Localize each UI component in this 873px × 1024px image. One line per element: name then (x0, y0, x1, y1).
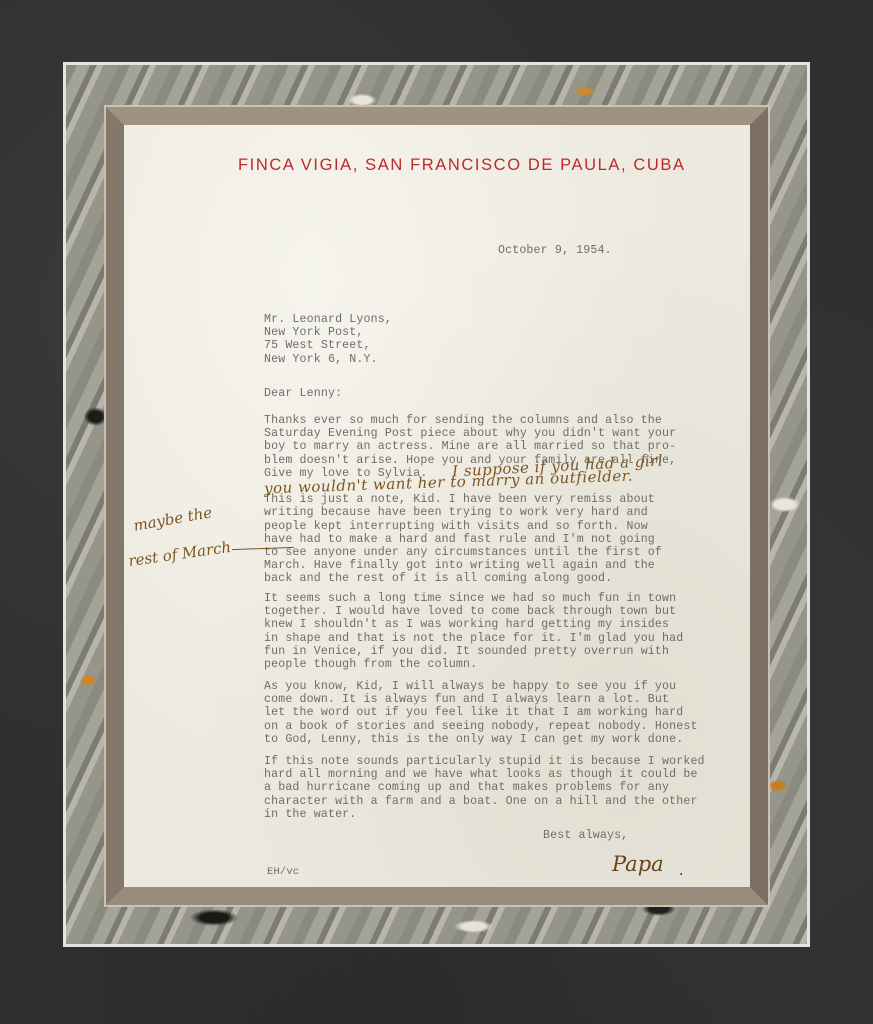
signature: Papa (612, 852, 664, 876)
salutation: Dear Lenny: (264, 387, 342, 400)
address-line: New York 6, N.Y. (264, 353, 378, 366)
paragraph-2: It seems such a long time since we had s… (264, 592, 683, 671)
paragraph-3: As you know, Kid, I will always be happy… (264, 680, 698, 746)
address-line: 75 West Street, (264, 339, 371, 352)
letterhead: FINCA VIGIA, SAN FRANCISCO DE PAULA, CUB… (238, 156, 686, 175)
closing: Best always, (543, 829, 628, 842)
address-line: New York Post, (264, 326, 364, 339)
recipient-address: Mr. Leonard Lyons, New York Post, 75 Wes… (264, 313, 392, 366)
address-line: Mr. Leonard Lyons, (264, 313, 392, 326)
typist-initials: EH/vc (267, 866, 299, 879)
paragraph-4: If this note sounds particularly stupid … (264, 755, 705, 821)
letter-date: October 9, 1954. (498, 244, 612, 257)
paragraph-1: Thanks ever so much for sending the colu… (264, 414, 676, 586)
signature-period: . (677, 864, 685, 880)
